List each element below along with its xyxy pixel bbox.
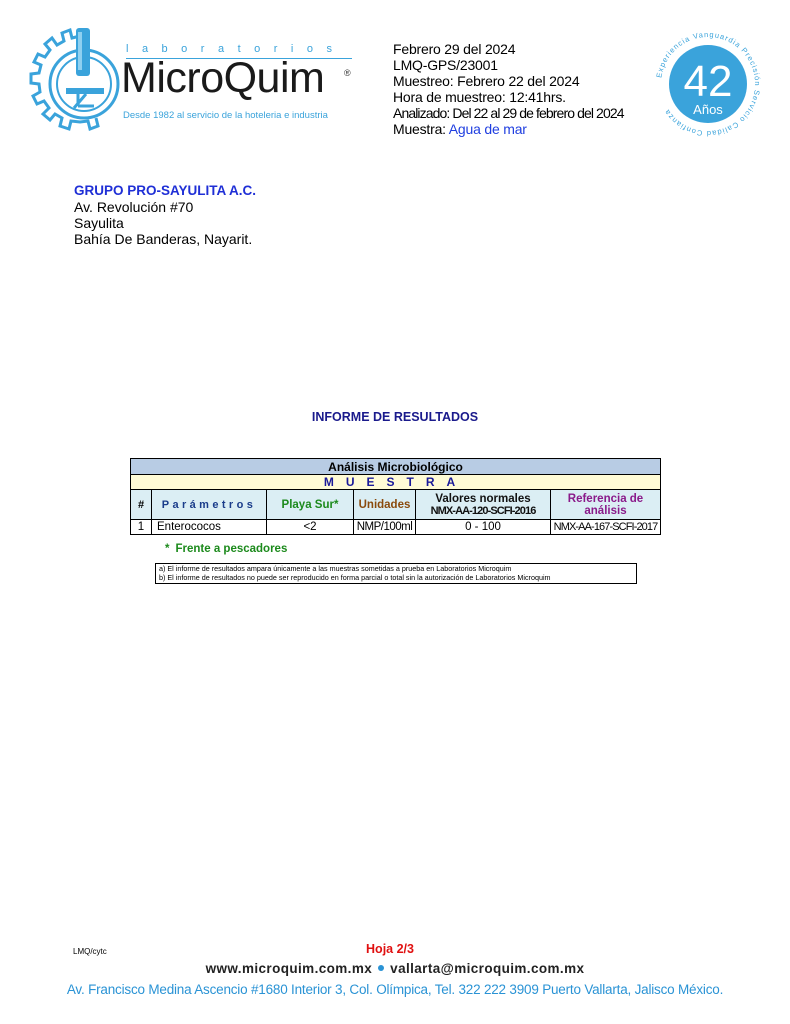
section-title: Análisis Microbiológico bbox=[131, 459, 661, 475]
col-site: Playa Sur* bbox=[267, 490, 354, 520]
brand-name: MicroQuim bbox=[121, 54, 324, 103]
sample-header: MUESTRA bbox=[131, 475, 661, 490]
site-note: *Frente a pescadores bbox=[165, 543, 287, 555]
sampling-date: Muestreo: Febrero 22 del 2024 bbox=[393, 73, 624, 89]
results-table: Análisis Microbiológico MUESTRA # Paráme… bbox=[130, 458, 661, 535]
report-reference: LMQ-GPS/23001 bbox=[393, 57, 624, 73]
row-site-value: <2 bbox=[267, 520, 354, 535]
row-parameter: Enterococos bbox=[152, 520, 267, 535]
sample-value: Agua de mar bbox=[449, 121, 527, 137]
site-note-text: Frente a pescadores bbox=[175, 543, 287, 555]
page-number: Hoja 2/3 bbox=[0, 942, 780, 956]
anniversary-badge: Experiencia Vanguardia Precisión Servici… bbox=[652, 28, 764, 140]
recipient-address: GRUPO PRO-SAYULITA A.C. Av. Revolución #… bbox=[74, 183, 256, 247]
col-parameter: Parámetros bbox=[152, 490, 267, 520]
recipient-town: Sayulita bbox=[74, 215, 256, 231]
logo-tagline: Desde 1982 al servicio de la hoteleria e… bbox=[123, 110, 328, 121]
sampling-time: Hora de muestreo: 12:41hrs. bbox=[393, 89, 624, 105]
col-normal-values: Valores normales NMX-AA-120-SCFI-2016 bbox=[416, 490, 551, 520]
company-logo: laboratorios MicroQuim ® Desde 1982 al s… bbox=[28, 28, 358, 136]
website-link[interactable]: www.microquim.com.mx bbox=[206, 961, 373, 976]
svg-text:Años: Años bbox=[693, 102, 723, 117]
report-date: Febrero 29 del 2024 bbox=[393, 41, 624, 57]
report-title: INFORME DE RESULTADOS bbox=[0, 410, 790, 424]
footer-address: Av. Francisco Medina Ascencio #1680 Inte… bbox=[0, 982, 790, 997]
sample-label: Muestra: bbox=[393, 121, 449, 137]
disclaimer-b: b) El informe de resultados no puede ser… bbox=[159, 574, 633, 583]
row-number: 1 bbox=[131, 520, 152, 535]
col-reference: Referencia de análisis bbox=[551, 490, 661, 520]
registered-mark: ® bbox=[344, 68, 351, 78]
row-normal: 0 - 100 bbox=[416, 520, 551, 535]
col-normal-norm: NMX-AA-120-SCFI-2016 bbox=[418, 505, 548, 517]
site-note-star: * bbox=[165, 543, 169, 555]
email-link[interactable]: vallarta@microquim.com.mx bbox=[390, 961, 584, 976]
row-reference: NMX-AA-167-SCFI-2017 bbox=[551, 520, 661, 535]
disclaimer-box: a) El informe de resultados ampara única… bbox=[155, 563, 637, 584]
recipient-region: Bahía De Banderas, Nayarit. bbox=[74, 231, 256, 247]
analysis-period: Analizado: Del 22 al 29 de febrero del 2… bbox=[393, 105, 624, 121]
col-number: # bbox=[131, 490, 152, 520]
gear-microscope-icon bbox=[28, 28, 132, 136]
contact-line: www.microquim.com.mxvallarta@microquim.c… bbox=[0, 961, 790, 976]
anniversary-seal-icon: Experiencia Vanguardia Precisión Servici… bbox=[652, 28, 764, 140]
report-header-info: Febrero 29 del 2024 LMQ-GPS/23001 Muestr… bbox=[393, 41, 624, 137]
sample-type: Muestra: Agua de mar bbox=[393, 121, 624, 137]
col-normal-title: Valores normales bbox=[418, 493, 548, 505]
row-units: NMP/100ml bbox=[354, 520, 416, 535]
recipient-street: Av. Revolución #70 bbox=[74, 199, 256, 215]
col-units: Unidades bbox=[354, 490, 416, 520]
svg-text:42: 42 bbox=[684, 57, 733, 106]
recipient-company: GRUPO PRO-SAYULITA A.C. bbox=[74, 183, 256, 199]
table-row: 1 Enterococos <2 NMP/100ml 0 - 100 NMX-A… bbox=[131, 520, 661, 535]
bullet-icon bbox=[378, 965, 384, 971]
